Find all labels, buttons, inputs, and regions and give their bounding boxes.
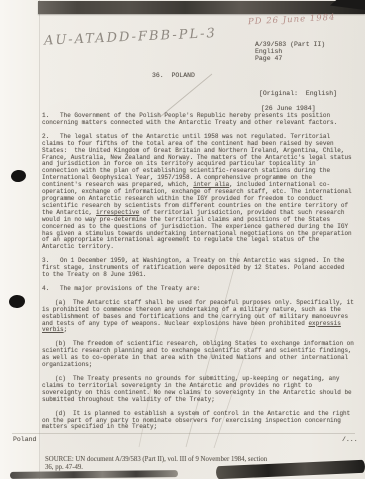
paragraph-4: 4. The major provisions of the Treaty ar…: [42, 286, 355, 293]
paragraph-1: 1. The Government of the Polish People's…: [42, 113, 355, 127]
scan-edge-band: [38, 1, 365, 14]
scanned-document-page: AU-ATADD-FBB-PL-3 PD 26 June 1984 A/39/5…: [0, 0, 365, 479]
handwritten-reference-code: AU-ATADD-FBB-PL-3: [44, 24, 254, 48]
paragraph-4b: (b) The freedom of scientific research, …: [42, 341, 355, 369]
scan-smudge-bottom-left: [10, 470, 178, 479]
paragraph-4d: (d) It is planned to establish a system …: [42, 411, 355, 432]
paragraph-4a: (a) The Antarctic staff shall be used fo…: [42, 300, 355, 335]
footer-rule: [12, 433, 355, 434]
paragraph-3: 3. On 1 December 1959, at Washington, a …: [42, 258, 355, 279]
document-body: 1. The Government of the Polish People's…: [42, 113, 355, 438]
footer-country-label: Poland: [13, 436, 36, 443]
original-language-note: [Original: English]: [259, 90, 337, 97]
handwritten-date-stamp: PD 26 June 1984: [248, 13, 336, 28]
paragraph-4c: (c) The Treaty presents no grounds for s…: [42, 376, 355, 404]
document-header-block: A/39/583 (Part II) English Page 47: [255, 41, 325, 63]
page-left-margin: [0, 0, 40, 479]
paragraph-2: 2. The legal status of the Antarctic unt…: [42, 134, 355, 251]
document-date: [26 June 1984]: [261, 105, 316, 112]
section-heading: 36. POLAND: [152, 72, 195, 79]
continuation-mark: /...: [342, 436, 358, 443]
document-page-number: Page 47: [255, 55, 325, 62]
